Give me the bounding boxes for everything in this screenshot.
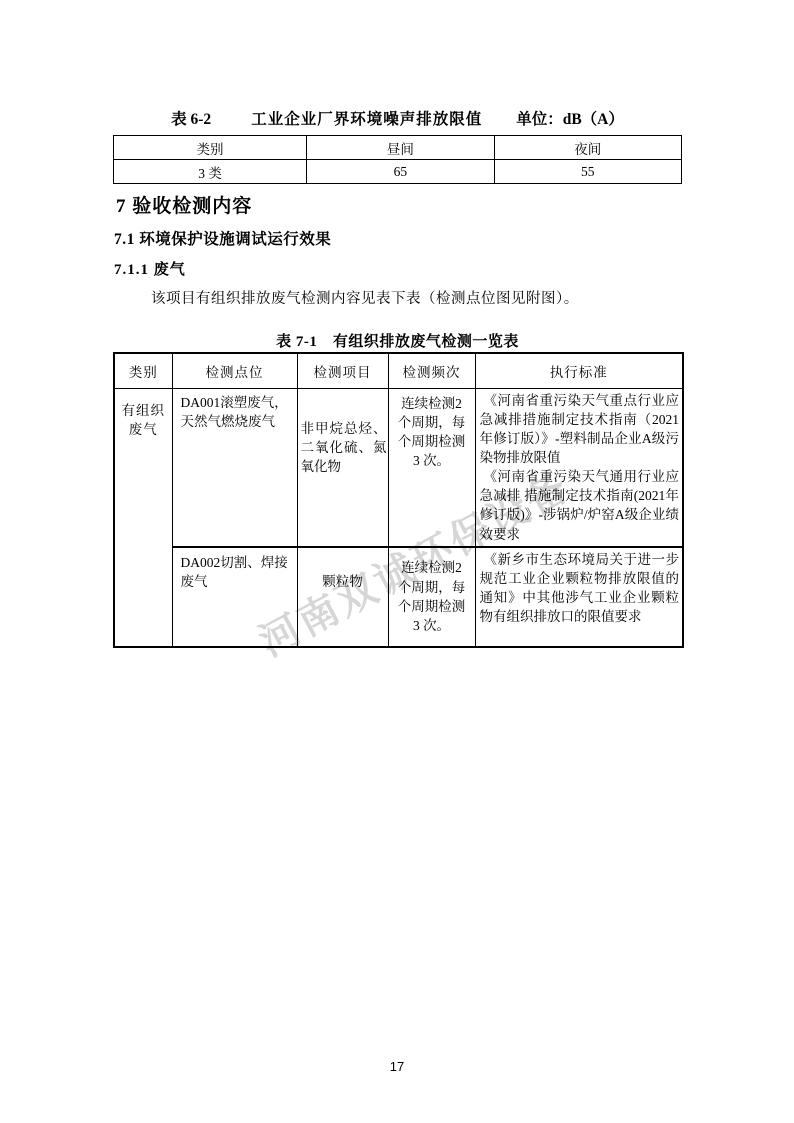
table-6-2-unit: 单位：dB（A） (516, 111, 624, 128)
noise-limit-table: 类别 昼间 夜间 3 类 65 55 (113, 135, 682, 184)
header-monitoring-point: 检测点位 (172, 353, 297, 388)
table-6-2-label: 表 6-2 (171, 111, 211, 128)
noise-cell-category: 3 类 (114, 160, 307, 184)
cell-items-da002: 颗粒物 (297, 547, 388, 647)
table-row: 3 类 65 55 (114, 160, 682, 184)
noise-header-category: 类别 (114, 136, 307, 160)
cell-items-da001: 非甲烷总烃、二氧化硫、氮氧化物 (297, 388, 388, 547)
section-heading-7: 7 验收检测内容 (116, 191, 252, 218)
standard-paragraph: 《新乡市生态环境局关于进一步规范工业企业颗粒物排放限值的通知》中其他涉气工业企业… (480, 550, 680, 627)
noise-cell-nighttime: 55 (494, 160, 681, 184)
header-frequency: 检测频次 (388, 353, 475, 388)
header-standard: 执行标准 (475, 353, 683, 388)
table-7-1-caption: 表 7-1 有组织排放废气检测一览表 (113, 330, 682, 351)
cell-point-da002: DA002切割、焊接废气 (172, 547, 297, 647)
table-row-da001: 有组织废气 DA001滚塑废气，天然气燃烧废气 非甲烷总烃、二氧化硫、氮氧化物 … (114, 388, 683, 547)
cell-standard-da002: 《新乡市生态环境局关于进一步规范工业企业颗粒物排放限值的通知》中其他涉气工业企业… (475, 547, 683, 647)
table-header-row: 类别 检测点位 检测项目 检测频次 执行标准 (114, 353, 683, 388)
body-paragraph: 该项目有组织排放废气检测内容见表下表（检测点位图见附图）。 (113, 287, 682, 308)
cell-standard-da001: 《河南省重污染天气重点行业应急减排措施制定技术指南（2021年修订版）》-塑料制… (475, 388, 683, 547)
header-category: 类别 (114, 353, 172, 388)
table-row-da002: DA002切割、焊接废气 颗粒物 连续检测2个周期，每个周期检测 3 次。 《新… (114, 547, 683, 647)
section-heading-7-1: 7.1 环境保护设施调试运行效果 (114, 227, 331, 249)
header-monitoring-item: 检测项目 (297, 353, 388, 388)
noise-cell-daytime: 65 (307, 160, 494, 184)
page-content: 表 6-2工业企业厂界环境噪声排放限值单位：dB（A） 类别 昼间 夜间 3 类… (0, 0, 794, 1123)
standard-paragraph: 《河南省重污染天气通用行业应急减排 措施制定技术指南(2021年修订版)》-涉锅… (480, 467, 680, 544)
emission-monitoring-table: 类别 检测点位 检测项目 检测频次 执行标准 有组织废气 DA001滚塑废气，天… (113, 352, 684, 648)
cell-point-da001: DA001滚塑废气，天然气燃烧废气 (172, 388, 297, 547)
noise-header-daytime: 昼间 (307, 136, 494, 160)
standard-paragraph: 《河南省重污染天气重点行业应急减排措施制定技术指南（2021年修订版）》-塑料制… (480, 391, 680, 468)
noise-header-nighttime: 夜间 (494, 136, 681, 160)
cell-frequency-da001: 连续检测2个周期，每个周期检测 3 次。 (388, 388, 475, 547)
document-page: 河南双诚环保设备 表 6-2工业企业厂界环境噪声排放限值单位：dB（A） 类别 … (0, 0, 794, 1123)
cell-frequency-da002: 连续检测2个周期，每个周期检测 3 次。 (388, 547, 475, 647)
table-6-2-caption: 表 6-2工业企业厂界环境噪声排放限值单位：dB（A） (113, 107, 682, 129)
page-number: 17 (0, 1059, 794, 1074)
section-heading-7-1-1: 7.1.1 废气 (114, 258, 186, 279)
table-row: 类别 昼间 夜间 (114, 136, 682, 160)
cell-category-organized-waste-gas: 有组织废气 (114, 388, 172, 647)
table-6-2-title-text: 工业企业厂界环境噪声排放限值 (251, 111, 482, 128)
